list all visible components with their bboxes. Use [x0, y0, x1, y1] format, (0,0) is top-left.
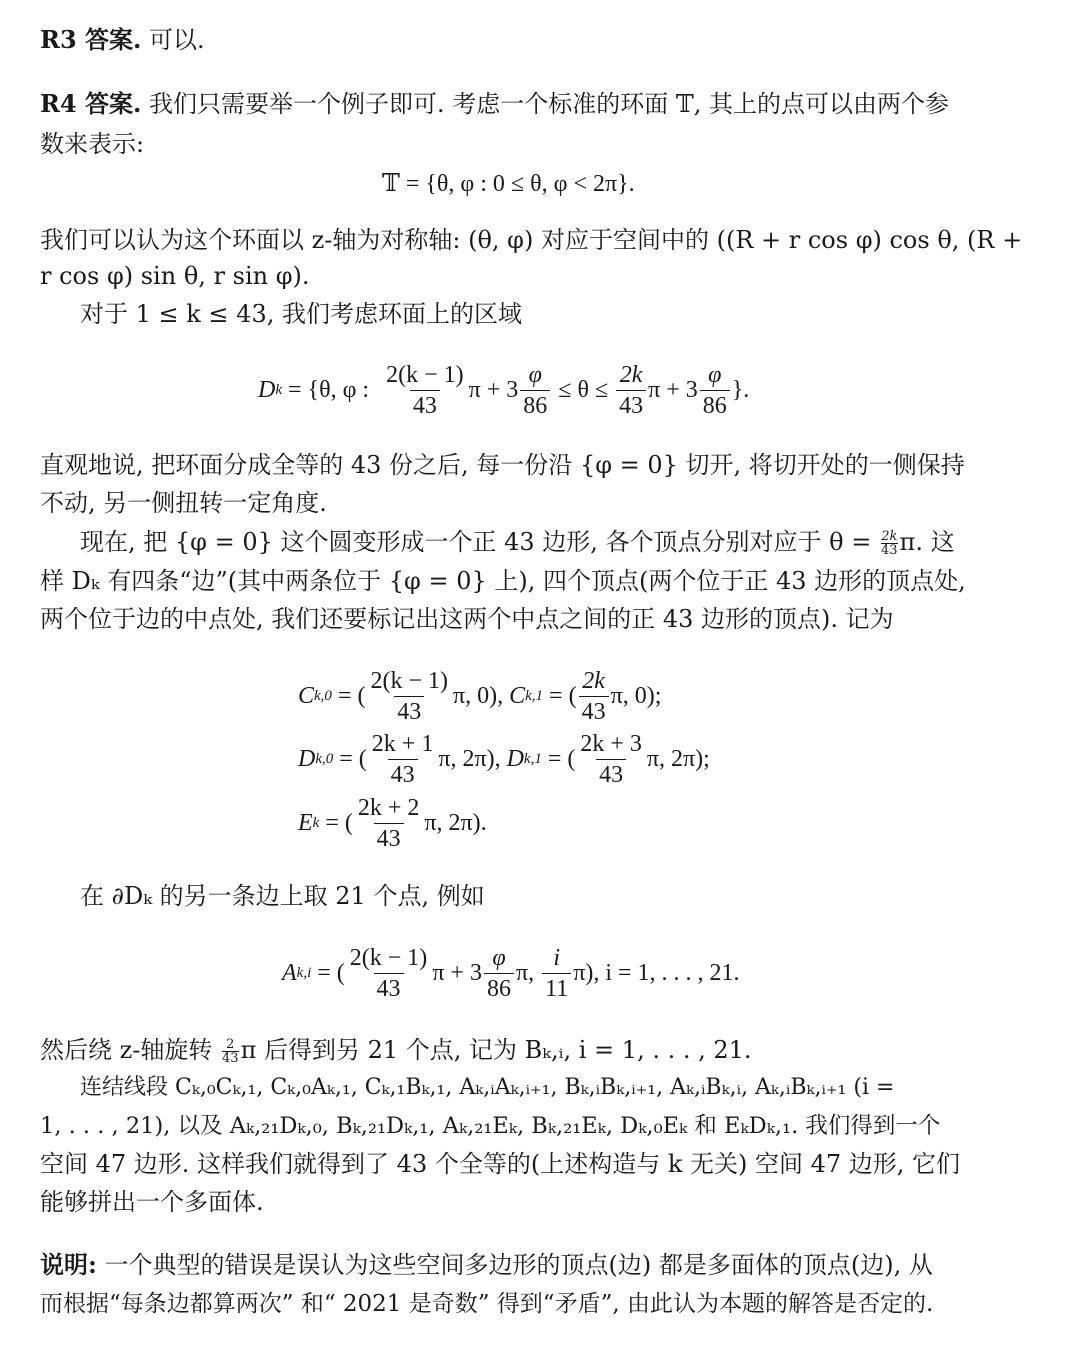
inline-fraction: 243: [222, 1038, 239, 1065]
eq-text: = (: [333, 746, 367, 773]
eq-symbol: A: [282, 960, 297, 987]
r4-line-14: 1, . . . , 21), 以及 Aₖ,₂₁Dₖ,₀, Bₖ,₂₁Dₖ,₁,…: [40, 1106, 940, 1146]
eq-text: = {θ, φ :: [282, 377, 381, 404]
r4-line-11: 在 ∂Dₖ 的另一条边上取 21 个点, 例如: [80, 876, 485, 916]
eq-subscript: k,0: [315, 751, 333, 768]
r3-answer: R3 答案. 可以.: [40, 20, 205, 60]
fraction: 2k + 343: [577, 729, 645, 790]
r4-line-8: 现在, 把 {φ = 0} 这个圆变形成一个正 43 边形, 各个顶点分别对应于…: [80, 522, 955, 562]
fraction: 2k43: [616, 360, 646, 421]
note-text: 一个典型的错误是误认为这些空间多边形的顶点(边) 都是多面体的顶点(边), 从: [97, 1251, 933, 1279]
point-equation-e: Ek = ( 2k + 243 π, 2π).: [298, 792, 487, 854]
eq-symbol: E: [298, 810, 313, 837]
denominator: 43: [388, 759, 418, 790]
eq-text: }.: [732, 377, 750, 404]
numerator: 2k: [881, 530, 897, 543]
r4-line-16: 能够拼出一个多面体.: [40, 1182, 264, 1222]
eq-text: π,: [516, 960, 540, 987]
denominator: 86: [700, 390, 730, 421]
denominator: 43: [374, 823, 404, 854]
eq-text: π + 3: [469, 377, 519, 404]
eq-text: π + 3: [432, 960, 482, 987]
fraction: 2k + 143: [369, 729, 437, 790]
eq-text: = (: [332, 683, 366, 710]
point-equation-c: Ck,0 = ( 2(k − 1)43 π, 0), Ck,1 = ( 2k43…: [298, 665, 661, 727]
eq-symbol: D: [298, 746, 315, 773]
fraction: i11: [542, 943, 571, 1004]
note-line-1: 说明: 一个典型的错误是误认为这些空间多边形的顶点(边) 都是多面体的顶点(边)…: [40, 1245, 933, 1285]
eq-subscript: k: [313, 815, 320, 832]
numerator: 2k + 2: [355, 793, 423, 823]
numerator: 2: [226, 1038, 234, 1051]
r3-text: 可以.: [141, 26, 204, 54]
eq-text: π, 2π);: [647, 746, 710, 773]
r4-line-13: 连结线段 Cₖ,₀Cₖ,₁, Cₖ,₀Aₖ,₁, Cₖ,₁Bₖ,₁, Aₖ,ᵢA…: [80, 1068, 894, 1108]
denominator: 43: [579, 696, 609, 727]
denominator: 43: [410, 390, 440, 421]
numerator: 2k: [579, 666, 608, 696]
eq-text: = (: [319, 810, 353, 837]
eq-text: ≤ θ ≤: [552, 377, 614, 404]
aki-equation: Ak,i = ( 2(k − 1)43 π + 3 φ86 π, i11 π),…: [282, 938, 740, 1008]
denominator: 43: [881, 543, 898, 557]
numerator: 2k + 1: [369, 729, 437, 759]
eq-subscript: k,1: [524, 751, 542, 768]
denominator: 86: [520, 390, 550, 421]
eq-text: = (: [543, 683, 577, 710]
fraction: φ86: [700, 360, 730, 421]
eq-subscript: k,i: [297, 965, 312, 982]
r4-line-3: 我们可以认为这个环面以 z-轴为对称轴: (θ, φ) 对应于空间中的 ((R …: [40, 220, 1022, 260]
r4-line-12: 然后绕 z-轴旋转 243π 后得到另 21 个点, 记为 Bₖ,ᵢ, i = …: [40, 1030, 752, 1070]
numerator: φ: [526, 360, 545, 390]
dk-equation: Dk = {θ, φ : 2(k − 1)43 π + 3 φ86 ≤ θ ≤ …: [258, 355, 749, 425]
denominator: 43: [222, 1051, 239, 1065]
eq-subscript: k: [275, 382, 282, 399]
denominator: 86: [484, 973, 514, 1004]
eq-text: π, 0);: [611, 683, 662, 710]
fraction: 2(k − 1)43: [367, 666, 451, 727]
inline-fraction: 2k43: [881, 530, 898, 557]
denominator: 43: [374, 973, 404, 1004]
eq-symbol: C: [298, 683, 314, 710]
fraction: φ86: [484, 943, 514, 1004]
eq-symbol: D: [258, 377, 275, 404]
eq-symbol: C: [509, 683, 525, 710]
eq-text: π, 2π).: [424, 810, 486, 837]
eq-text: π), i = 1, . . . , 21.: [573, 960, 739, 987]
denominator: 43: [596, 759, 626, 790]
r4-line-15: 空间 47 边形. 这样我们就得到了 43 个全等的(上述构造与 k 无关) 空…: [40, 1144, 960, 1184]
line-text: π. 这: [900, 528, 955, 556]
r4-line-1: R4 答案. 我们只需要举一个例子即可. 考虑一个标准的环面 𝕋, 其上的点可以…: [40, 84, 949, 124]
eq-text: π + 3: [648, 377, 698, 404]
r4-line-6: 直观地说, 把环面分成全等的 43 份之后, 每一份沿 {φ = 0} 切开, …: [40, 445, 965, 485]
r4-line-9: 样 Dₖ 有四条“边”(其中两条位于 {φ = 0} 上), 四个顶点(两个位于…: [40, 561, 966, 601]
note-label: 说明:: [40, 1250, 97, 1279]
r4-line-5: 对于 1 ≤ k ≤ 43, 我们考虑环面上的区域: [80, 294, 522, 334]
fraction: 2k + 243: [355, 793, 423, 854]
eq-subscript: k,1: [525, 688, 543, 705]
document-page: R3 答案. 可以. R4 答案. 我们只需要举一个例子即可. 考虑一个标准的环…: [0, 0, 1080, 1355]
eq-text: = (: [311, 960, 345, 987]
denominator: 11: [542, 973, 571, 1004]
torus-equation: 𝕋 = {θ, φ : 0 ≤ θ, φ < 2π}.: [382, 163, 635, 203]
fraction: 2(k − 1)43: [347, 943, 431, 1004]
numerator: φ: [489, 943, 508, 973]
numerator: 2k: [617, 360, 646, 390]
r3-label: R3 答案.: [40, 25, 141, 54]
numerator: 2(k − 1): [347, 943, 431, 973]
r4-label: R4 答案.: [40, 89, 141, 118]
fraction: φ86: [520, 360, 550, 421]
eq-subscript: k,0: [314, 688, 332, 705]
fraction: 2(k − 1)43: [383, 360, 467, 421]
line-text: 然后绕 z-轴旋转: [40, 1036, 220, 1064]
eq-symbol: D: [507, 746, 524, 773]
numerator: 2(k − 1): [383, 360, 467, 390]
r4-line-10: 两个位于边的中点处, 我们还要标记出这两个中点之间的正 43 边形的顶点). 记…: [40, 599, 894, 639]
eq-text: π, 2π),: [438, 746, 506, 773]
r4-line-4: r cos φ) sin θ, r sin φ).: [40, 256, 310, 296]
fraction: 2k43: [579, 666, 609, 727]
line-text: 现在, 把 {φ = 0} 这个圆变形成一个正 43 边形, 各个顶点分别对应于…: [80, 528, 879, 556]
r4-text: 我们只需要举一个例子即可. 考虑一个标准的环面 𝕋, 其上的点可以由两个参: [141, 90, 949, 118]
eq-text: = (: [542, 746, 576, 773]
numerator: φ: [705, 360, 724, 390]
note-line-2: 而根据“每条边都算两次” 和“ 2021 是奇数” 得到“矛盾”, 由此认为本题…: [40, 1284, 933, 1324]
numerator: 2k + 3: [577, 729, 645, 759]
denominator: 43: [394, 696, 424, 727]
line-text: π 后得到另 21 个点, 记为 Bₖ,ᵢ, i = 1, . . . , 21…: [241, 1036, 752, 1064]
eq-text: π, 0),: [453, 683, 509, 710]
numerator: i: [550, 943, 563, 973]
denominator: 43: [616, 390, 646, 421]
r4-line-7: 不动, 另一侧扭转一定角度.: [40, 483, 327, 523]
r4-line-2: 数来表示:: [40, 124, 144, 164]
numerator: 2(k − 1): [367, 666, 451, 696]
point-equation-d: Dk,0 = ( 2k + 143 π, 2π), Dk,1 = ( 2k + …: [298, 728, 710, 790]
